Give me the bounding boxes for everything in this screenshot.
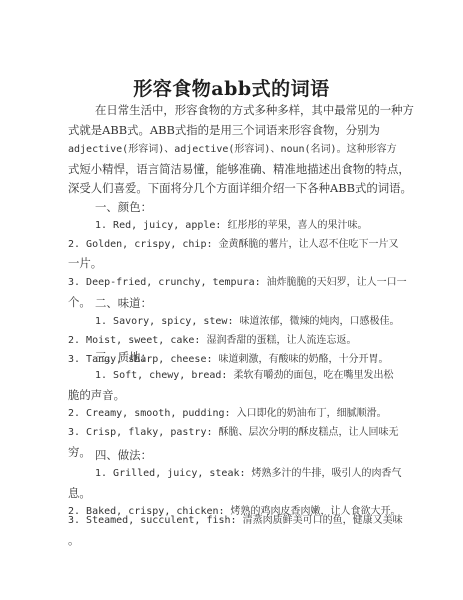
list-item-continuation: 个。 (68, 295, 91, 309)
intro-line: 在日常生活中，形容食物的方式多种多样，其中最常见的一种方 (95, 103, 414, 117)
section-heading-texture: 三、质地： (95, 350, 152, 364)
page-title: 形容食物abb式的词语 (0, 74, 463, 101)
list-item: 2. Creamy, smooth, pudding: 入口即化的奶油布丁，细腻… (68, 407, 387, 421)
list-item: 2. Golden, crispy, chip: 金黄酥脆的薯片，让人忍不住吃下… (68, 238, 399, 252)
list-item-continuation: 一片。 (68, 256, 102, 270)
list-item-continuation: 。 (68, 533, 79, 547)
list-item: 2. Moist, sweet, cake: 湿润香甜的蛋糕，让人流连忘返。 (68, 334, 356, 348)
list-item: 3. Deep-fried, crunchy, tempura: 油炸脆脆的天妇… (68, 276, 407, 290)
list-item-continuation: 穷。 (68, 445, 91, 459)
intro-line: 深受人们喜爱。下面将分几个方面详细介绍一下各种ABB式的词语。 (68, 181, 412, 195)
intro-line: 式短小精悍，语言简洁易懂，能够准确、精准地描述出食物的特点， (68, 162, 410, 176)
section-heading-method: 四、做法： (95, 448, 152, 462)
list-item: 3. Crisp, flaky, pastry: 酥脆、层次分明的酥皮糕点，让人… (68, 426, 399, 440)
list-item-continuation: 脆的声音。 (68, 388, 125, 402)
list-item-continuation: 息。 (68, 486, 91, 500)
document-page: 形容食物abb式的词语 在日常生活中，形容食物的方式多种多样，其中最常见的一种方… (0, 0, 463, 600)
list-item: 1. Savory, spicy, stew: 味道浓郁，微辣的炖肉，口感极佳。 (95, 315, 400, 329)
intro-line: adjective(形容词)、adjective(形容词)、noun(名词)。这… (68, 143, 397, 157)
intro-line: 式就是ABB式。ABB式指的是用三个词语来形容食物，分别为 (68, 123, 380, 137)
list-item: 1. Grilled, juicy, steak: 烤熟多汁的牛排，吸引人的肉香… (95, 467, 402, 481)
list-item: 1. Soft, chewy, bread: 柔软有嚼劲的面包，吃在嘴里发出松 (95, 369, 393, 383)
list-item: 3. Steamed, succulent, fish: 清蒸肉质鲜美可口的鱼，… (68, 514, 403, 528)
section-heading-taste: 二、味道： (95, 296, 152, 310)
section-heading-color: 一、颜色： (95, 200, 152, 214)
list-item: 1. Red, juicy, apple: 红彤彤的苹果，喜人的果汁味。 (95, 219, 367, 233)
